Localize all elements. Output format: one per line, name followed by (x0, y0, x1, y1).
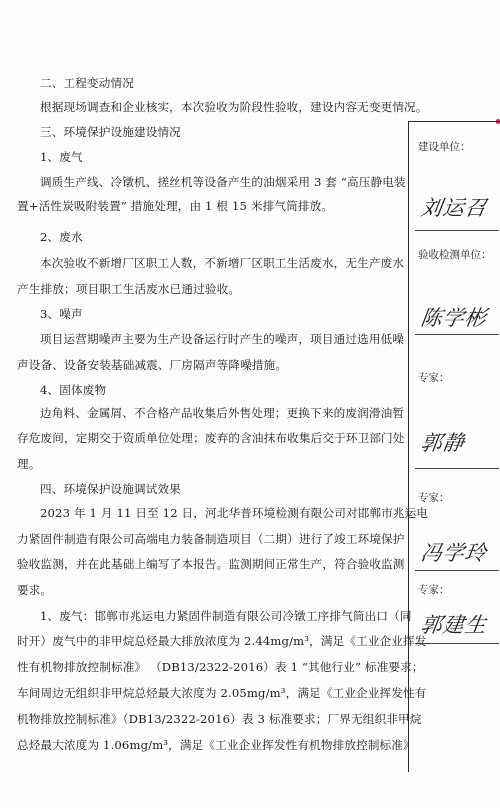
document-line: 四、环境保护设施调试效果 (40, 482, 181, 496)
document-line: 3、噪声 (40, 307, 83, 321)
signature-line (415, 230, 499, 231)
document-line: 时开）废气中的非甲烷总烃最大排放浓度为 2.44mg/m³，满足《工业企业挥发 (17, 634, 427, 648)
document-line: 二、工程变动情况 (40, 76, 134, 90)
signature-line (415, 643, 499, 644)
document-line: 机物排放控制标准》（DB13/2322-2016）表 3 标准要求；厂界无组织非… (17, 712, 422, 726)
inspection-unit-signature: 陈学彬 (419, 302, 489, 332)
document-line: 1、废气 (40, 150, 83, 164)
signature-line (415, 334, 499, 335)
document-line: 三、环境保护设施建设情况 (40, 125, 181, 139)
document-line: 项目运营期噪声主要为生产设备运行时产生的噪声，项目通过选用低噪 (40, 332, 404, 346)
document-line: 验收监测，并在此基础上编写了本报告。监测期间正常生产，符合验收监测 (17, 557, 405, 571)
inspection-unit-label: 验收检测单位： (418, 247, 492, 262)
document-line: 理。 (17, 457, 41, 471)
document-line: 4、固体废物 (40, 383, 106, 397)
document-line: 2、废水 (40, 230, 83, 244)
document-line: 本次验收不新增厂区职工人数，不新增厂区职工生活废水，无生产废水 (40, 256, 404, 270)
expert-signature-3: 郭建生 (419, 609, 489, 639)
document-line: 产生排放；项目职工生活废水已通过验收。 (17, 282, 240, 296)
document-line: 边角料、金属屑、不合格产品收集后外售处理；更换下来的废润滑油暂 (40, 406, 404, 420)
signature-line (415, 570, 499, 571)
construction-unit-signature: 刘运召 (419, 192, 489, 222)
expert-label-3: 专家： (418, 582, 450, 597)
expert-label-2: 专家： (418, 490, 450, 505)
document-line: 存危废间，定期交于资质单位处理；废弃的含油抹布收集后交于环卫部门处 (17, 431, 405, 445)
document-line: 性有机物排放控制标准》 （DB13/2322-2016）表 1 “其他行业” 标… (17, 660, 424, 674)
document-line: 根据现场调查和企业核实，本次验收为阶段性验收，建设内容无变更情况。 (40, 100, 428, 114)
document-line: 力紧固件制造有限公司高端电力装备制造项目（二期）进行了竣工环境保护 (17, 532, 405, 546)
document-line: 调质生产线、冷镦机、搓丝机等设备产生的油烟采用 3 套 “高压静电装 (40, 175, 406, 189)
document-line: 2023 年 1 月 11 日至 12 日，河北华普环境检测有限公司对邯郸市兆运… (40, 506, 428, 520)
signature-box: 建设单位： 刘运召 验收检测单位： 陈学彬 专家： 郭静 专家： 冯学玲 专家：… (408, 121, 500, 772)
document-line: 车间周边无组织非甲烷总烃最大浓度为 2.05mg/m³，满足《工业企业挥发性有 (17, 686, 427, 700)
expert-signature-1: 郭静 (419, 427, 467, 457)
document-line: 要求。 (17, 583, 52, 597)
document-line: 总烃最大浓度为 1.06mg/m³，满足《工业企业挥发性有机物排放控制标准》 (17, 738, 415, 752)
document-line: 声设备、设备安装基础减震、厂房隔声等降噪措施。 (17, 358, 287, 372)
construction-unit-label: 建设单位： (418, 139, 471, 154)
expert-signature-2: 冯学玲 (419, 537, 489, 567)
document-line: 置+活性炭吸附装置” 措施处理，由 1 根 15 米排气筒排放。 (17, 199, 333, 213)
document-line: 1、废气：邯郸市兆运电力紧固件制造有限公司冷镦工序排气筒出口（同 (40, 609, 412, 623)
signature-line (415, 468, 499, 469)
expert-label-1: 专家： (418, 370, 450, 385)
